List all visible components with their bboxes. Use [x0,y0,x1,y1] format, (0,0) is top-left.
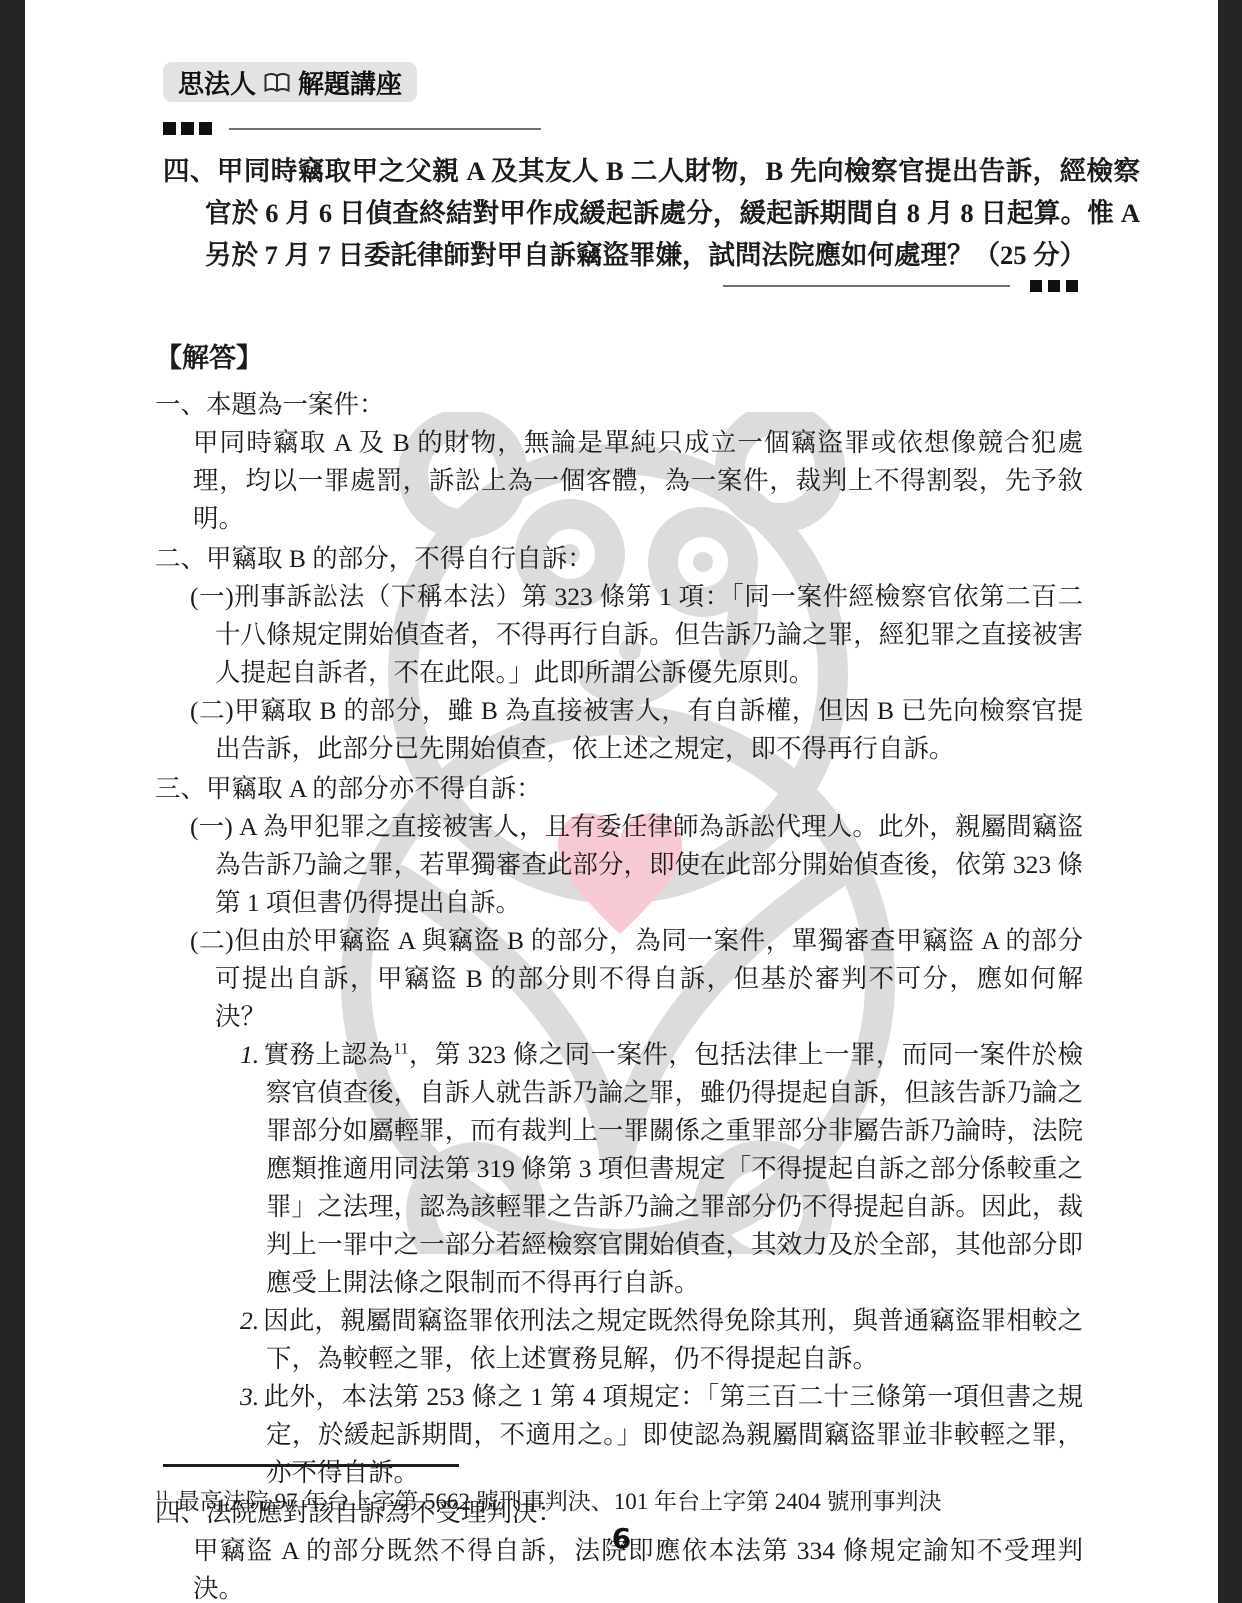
numbered-text: 此外，本法第 253 條之 1 第 4 項規定：「第三百二十三條第一項但書之規定… [263,1382,1083,1487]
square-mark-icon [1048,280,1060,292]
question-close-rule [163,280,1078,292]
answer-item-2: 二、甲竊取 B 的部分，不得自行自訴： [155,540,1083,578]
numbered-marker: 1. [240,1040,263,1069]
item-title: 本題為一案件： [206,390,385,419]
answer-item-1-paragraph: 甲同時竊取 A 及 B 的財物，無論是單純只成立一個竊盜罪或依想像競合犯處理，均… [193,424,1083,538]
answer-item-2-sub-1: (一)刑事訴訟法（下稱本法）第 323 條第 1 項：「同一案件經檢察官依第二百… [190,578,1083,692]
answer-item-2-sub-2: (二)甲竊取 B 的部分，雖 B 為直接被害人，有自訴權，但因 B 已先向檢察官… [190,692,1083,768]
horizontal-rule [229,128,541,130]
answer-item-3-numbered-2: 2.因此，親屬間竊盜罪依刑法之規定既然得免除其刑，與普通竊盜罪相較之下，為較輕之… [240,1302,1083,1378]
footnote-divider [163,1464,459,1467]
subitem-text: 甲竊取 B 的部分，雖 B 為直接被害人，有自訴權，但因 B 已先向檢察官提出告… [215,696,1083,763]
answer-item-3-numbered-1: 1.實務上認為11，第 323 條之同一案件，包括法律上一罪，而同一案件於檢察官… [240,1036,1083,1302]
question-text: 甲同時竊取甲之父親 A 及其友人 B 二人財物，B 先向檢察官提出告訴，經檢察官… [205,156,1140,270]
answer-item-3-numbered-3: 3.此外，本法第 253 條之 1 第 4 項規定：「第三百二十三條第一項但書之… [240,1378,1083,1492]
subitem-marker: (二) [190,926,234,955]
square-mark-icon [199,122,212,135]
page-left-edge-bar [0,0,25,1603]
subitem-text: 但由於甲竊盜 A 與竊盜 B 的部分，為同一案件，單獨審查甲竊盜 A 的部分可提… [215,926,1083,1031]
answer-heading: 【解答】 [155,338,1083,378]
answer-item-3-sub-1: (一) A 為甲犯罪之直接被害人，且有委任律師為訴訟代理人。此外，親屬間竊盜為告… [190,808,1083,922]
footnote-reference: 11 [393,1041,408,1058]
subitem-marker: (一) [190,812,233,841]
horizontal-rule [723,285,1010,287]
answer-item-3-sub-2: (二)但由於甲竊盜 A 與竊盜 B 的部分，為同一案件，單獨審查甲竊盜 A 的部… [190,922,1083,1036]
footnote: 11最高法院 97 年台上字第 5662 號刑事判決、101 年台上字第 240… [155,1486,1085,1518]
answer-item-3: 三、甲竊取 A 的部分亦不得自訴： [155,770,1083,808]
subitem-marker: (一) [190,582,234,611]
item-title: 甲竊取 B 的部分，不得自行自訴： [206,544,593,573]
numbered-marker: 2. [240,1306,263,1335]
page-right-edge-bar [1218,0,1242,1603]
subitem-marker: (二) [190,696,234,725]
numbered-marker: 3. [240,1382,263,1411]
open-book-icon [263,71,291,95]
square-mark-icon [1030,280,1042,292]
exam-question: 四、甲同時竊取甲之父親 A 及其友人 B 二人財物，B 先向檢察官提出告訴，經檢… [163,150,1140,276]
numbered-text: ，第 323 條之同一案件，包括法律上一罪，而同一案件於檢察官偵查後，自訴人就告… [266,1040,1083,1297]
footnote-text: 最高法院 97 年台上字第 5662 號刑事判決、101 年台上字第 2404 … [177,1489,942,1514]
square-mark-icon [181,122,194,135]
square-mark-icon [1066,280,1078,292]
subitem-text: A 為甲犯罪之直接被害人，且有委任律師為訴訟代理人。此外，親屬間竊盜為告訴乃論之… [215,812,1083,917]
numbered-text: 實務上認為 [263,1040,393,1069]
numbered-text: 因此，親屬間竊盜罪依刑法之規定既然得免除其刑，與普通竊盜罪相較之下，為較輕之罪，… [263,1306,1083,1373]
brand-name: 思法人 [178,64,256,101]
question-open-rule [163,122,1098,135]
item-marker: 二、 [155,544,206,573]
answer-item-1: 一、本題為一案件： [155,386,1083,424]
item-marker: 三、 [155,774,206,803]
answer-section: 【解答】 一、本題為一案件： 甲同時竊取 A 及 B 的財物，無論是單純只成立一… [155,338,1083,1603]
item-marker: 一、 [155,390,206,419]
section-title: 解題講座 [298,64,402,101]
header-badge: 思法人 解題講座 [163,62,417,102]
page-number: 6 [25,1522,1218,1555]
subitem-text: 刑事訴訟法（下稱本法）第 323 條第 1 項：「同一案件經檢察官依第二百二十八… [215,582,1083,687]
item-title: 甲竊取 A 的部分亦不得自訴： [206,774,542,803]
question-number: 四、 [163,156,217,186]
footnote-marker: 11 [155,1488,177,1504]
square-mark-icon [163,122,176,135]
